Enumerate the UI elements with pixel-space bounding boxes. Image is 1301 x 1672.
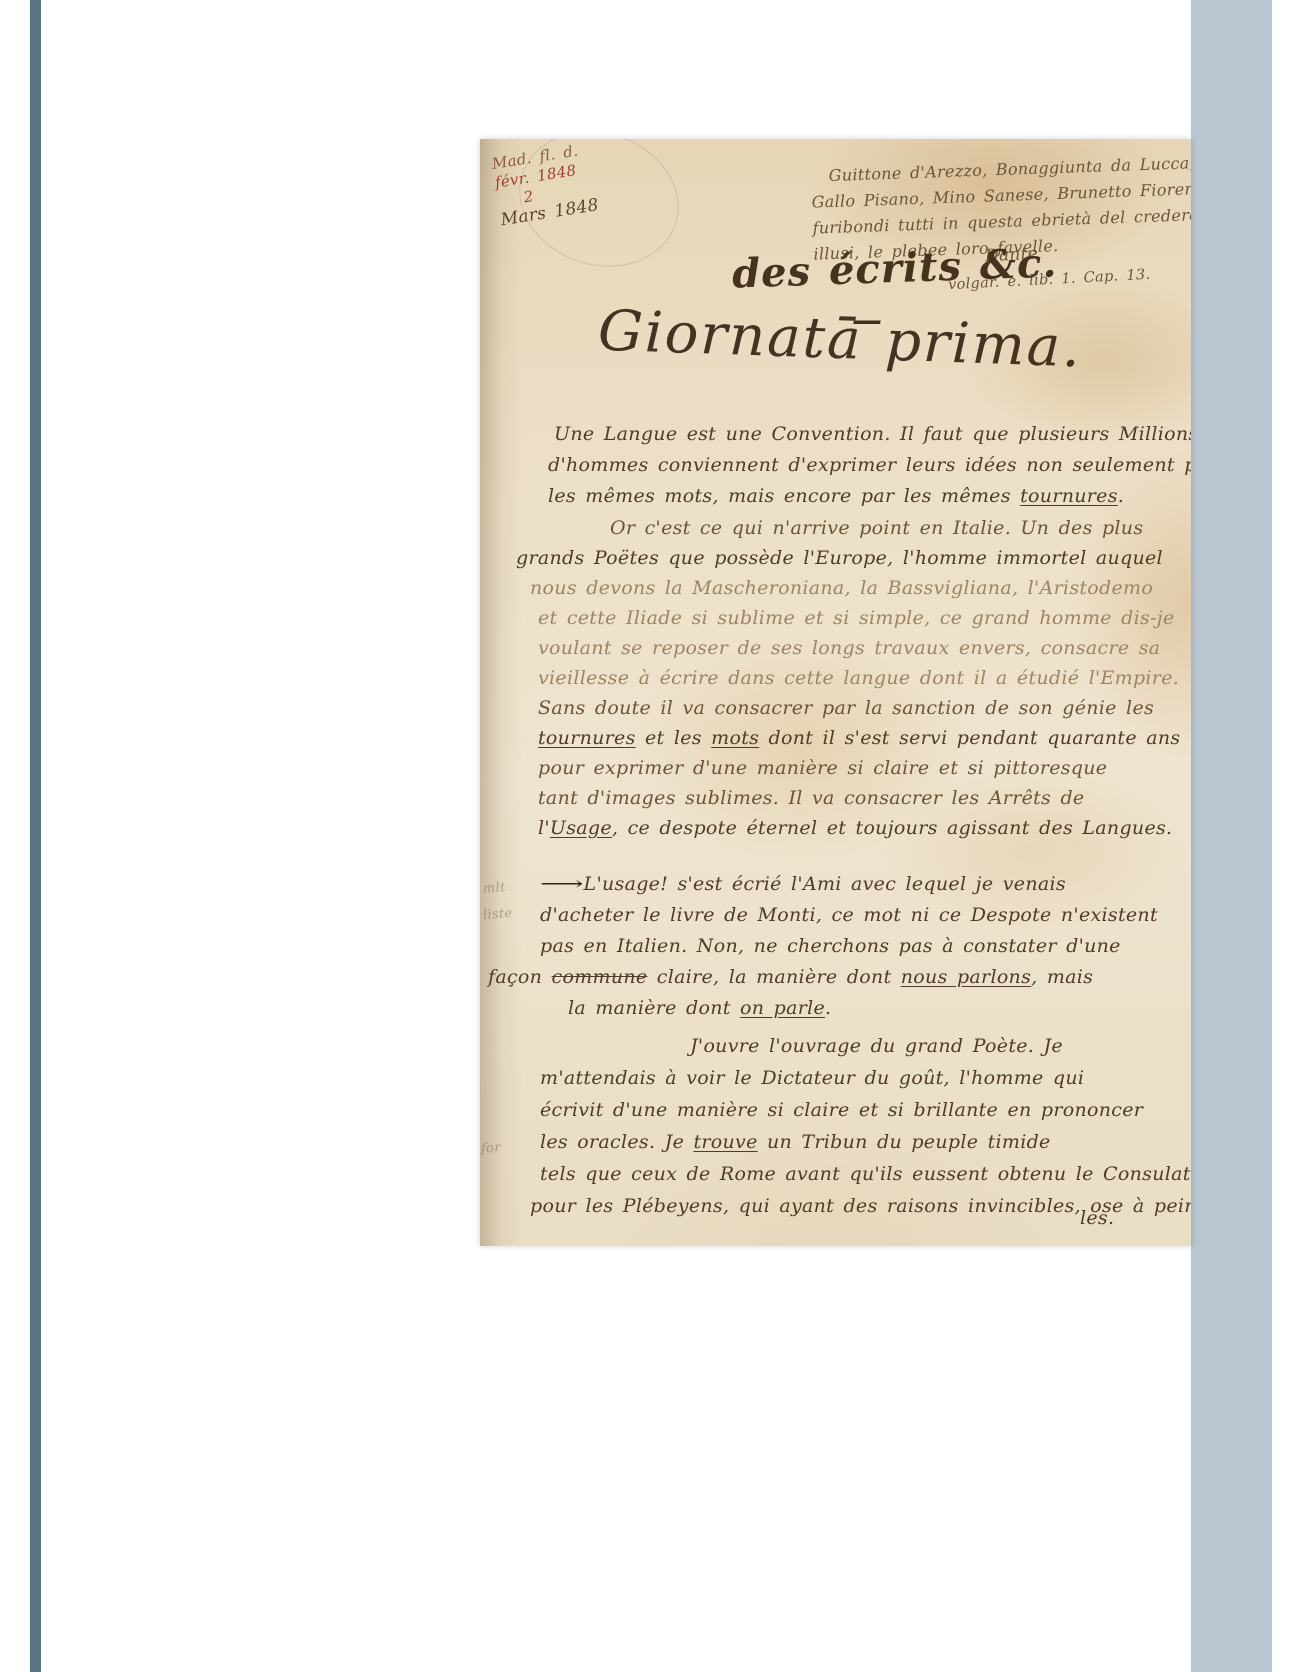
text-line: pas en Italien. Non, ne cherchons pas à … — [540, 935, 1158, 966]
paragraph-4: J'ouvre l'ouvrage du grand Poète. Je m'a… — [540, 1035, 1191, 1227]
underlined-word: nous parlons — [901, 966, 1031, 988]
text-line: écrivit d'une manière si claire et si br… — [540, 1099, 1191, 1131]
margin-note: mlt — [483, 880, 507, 897]
underlined-word: tournures — [538, 727, 636, 749]
underlined-word: trouve — [693, 1131, 757, 1153]
text-segment: . — [1118, 485, 1124, 507]
underlined-word: Usage — [550, 817, 612, 839]
text-line: pour exprimer d'une manière si claire et… — [538, 757, 1180, 787]
paragraph-3: ⟶L'usage! s'est écrié l'Ami avec lequel … — [540, 873, 1158, 1028]
text-line: nous devons la Mascheroniana, la Bassvig… — [530, 577, 1180, 607]
text-line: Or c'est ce qui n'arrive point en Italie… — [538, 517, 1180, 547]
text-line: tant d'images sublimes. Il va consacrer … — [538, 787, 1180, 817]
text-line: tels que ceux de Rome avant qu'ils eusse… — [540, 1163, 1191, 1195]
text-segment: l' — [538, 817, 550, 839]
text-segment: la manière dont — [568, 997, 740, 1019]
text-line: Sans doute il va consacrer par la sancti… — [538, 697, 1180, 727]
paragraph-1: Une Langue est une Convention. Il faut q… — [548, 423, 1191, 516]
text-segment: un Tribun du peuple timide — [758, 1131, 1051, 1153]
text-line: tournures et les mots dont il s'est serv… — [538, 727, 1180, 757]
left-accent-bar — [30, 0, 41, 1672]
text-line: J'ouvre l'ouvrage du grand Poète. Je — [540, 1035, 1191, 1067]
text-line: façon commune claire, la manière dont no… — [488, 966, 1158, 997]
page-canvas: Mad. fl. d. févr. 1848 2 Mars 1848 Guitt… — [0, 0, 1301, 1672]
margin-note: for — [481, 1140, 502, 1156]
catchword: les. — [1080, 1207, 1114, 1229]
underlined-word: on parle — [740, 997, 825, 1019]
manuscript-page: Mad. fl. d. févr. 1848 2 Mars 1848 Guitt… — [480, 139, 1191, 1246]
text-segment: façon — [488, 966, 552, 988]
text-line: vieillesse à écrire dans cette langue do… — [538, 667, 1180, 697]
page-title: Giornatā prima. — [597, 299, 1083, 381]
archival-corner-note: Mad. fl. d. févr. 1848 2 Mars 1848 — [491, 140, 600, 231]
text-line: les oracles. Je trouve un Tribun du peup… — [540, 1131, 1191, 1163]
text-segment: L'usage! s'est écrié l'Ami avec lequel j… — [584, 873, 1066, 895]
text-line: les mêmes mots, mais encore par les même… — [548, 485, 1191, 516]
text-segment: , ce despote éternel et toujours agissan… — [612, 817, 1172, 839]
struck-word: commune — [552, 966, 648, 988]
paragraph-2: Or c'est ce qui n'arrive point en Italie… — [538, 517, 1180, 847]
text-line: l'Usage, ce despote éternel et toujours … — [538, 817, 1180, 847]
text-segment: les oracles. Je — [540, 1131, 693, 1153]
text-line: et cette Iliade si sublime et si simple,… — [538, 607, 1180, 637]
text-line: Une Langue est une Convention. Il faut q… — [548, 423, 1191, 454]
text-line: ⟶L'usage! s'est écrié l'Ami avec lequel … — [540, 873, 1158, 904]
text-segment: les mêmes mots, mais encore par les même… — [548, 485, 1020, 507]
text-line: grands Poëtes que possède l'Europe, l'ho… — [516, 547, 1180, 577]
text-line: d'hommes conviennent d'exprimer leurs id… — [548, 454, 1191, 485]
margin-note: liste — [483, 906, 513, 923]
text-line: voulant se reposer de ses longs travaux … — [538, 637, 1180, 667]
text-line: la manière dont on parle. — [568, 997, 1158, 1028]
long-arrow-mark: ⟶ — [540, 873, 584, 895]
text-segment: claire, la manière dont — [647, 966, 900, 988]
text-line: d'acheter le livre de Monti, ce mot ni c… — [540, 904, 1158, 935]
text-segment: dont il s'est servi pendant quarante ans — [759, 727, 1180, 749]
underlined-word: tournures — [1020, 485, 1118, 507]
text-segment: . — [825, 997, 831, 1019]
text-segment: et les — [636, 727, 711, 749]
text-segment: , mais — [1031, 966, 1093, 988]
right-accent-bar — [1191, 0, 1272, 1672]
text-line: m'attendais à voir le Dictateur du goût,… — [540, 1067, 1191, 1099]
underlined-word: mots — [711, 727, 759, 749]
